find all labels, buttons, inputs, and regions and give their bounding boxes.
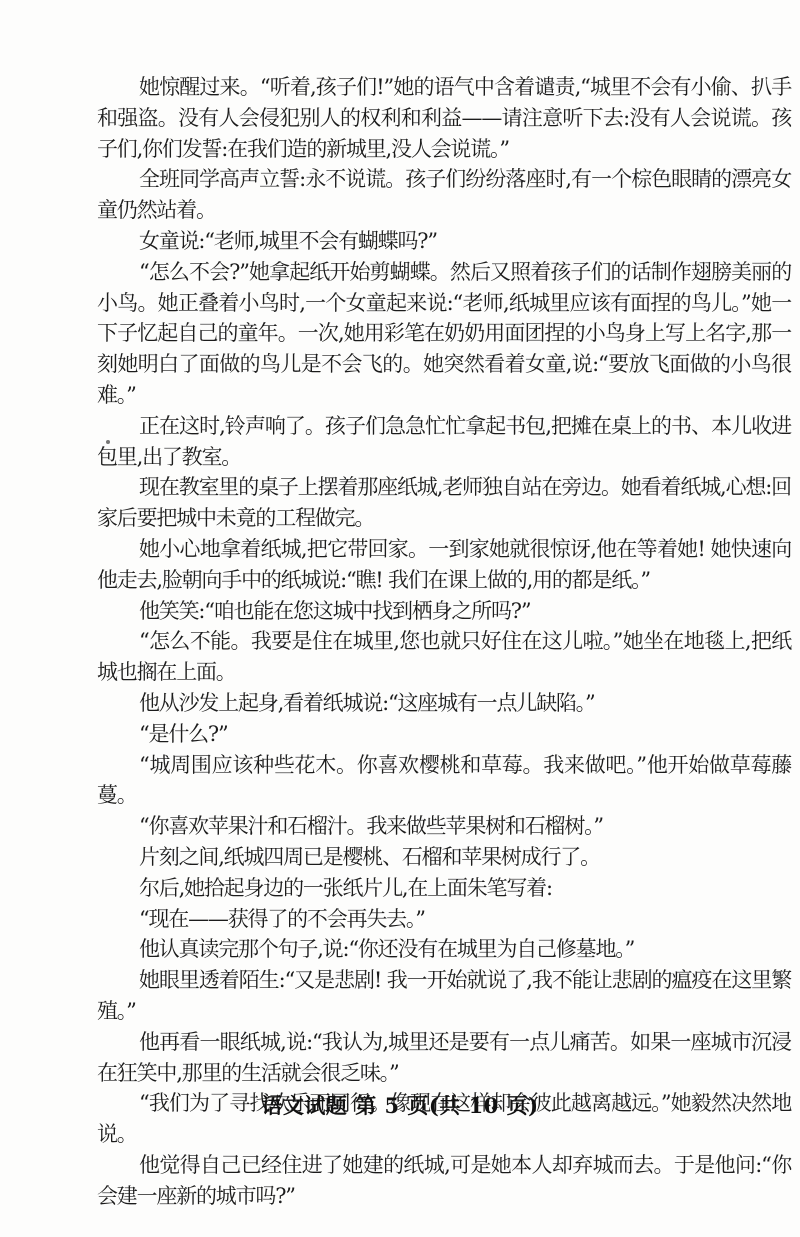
paragraph: “城周围应该种些花木。你喜欢樱桃和草莓。我来做吧。”他开始做草莓藤蔓。 [97,750,791,812]
paragraph: “现在——获得了的不会再失去。” [97,904,791,935]
paragraph: 他认真读完那个句子,说:“你还没有在城里为自己修墓地。” [97,934,791,965]
paragraph: 他觉得自己已经住进了她建的纸城,可是她本人却弃城而去。于是他问:“你会建一座新的… [97,1150,791,1212]
paragraph: 女童说:“老师,城里不会有蝴蝶吗?” [97,226,791,257]
scan-speckle-dot [106,440,110,444]
passage-text-block: 她惊醒过来。“听着,孩子们!”她的语气中含着谴责,“城里不会有小偷、扒手和强盗。… [97,72,791,1211]
paragraph: 她惊醒过来。“听着,孩子们!”她的语气中含着谴责,“城里不会有小偷、扒手和强盗。… [97,72,791,164]
paragraph: 他再看一眼纸城,说:“我认为,城里还是要有一点儿痛苦。如果一座城市沉浸在狂笑中,… [97,1027,791,1089]
paragraph: 尔后,她拾起身边的一张纸片儿,在上面朱笔写着: [97,873,791,904]
paragraph: 片刻之间,纸城四周已是樱桃、石榴和苹果树成行了。 [97,842,791,873]
paragraph: “是什么?” [97,719,791,750]
paragraph: 正在这时,铃声响了。孩子们急急忙忙拿起书包,把摊在桌上的书、本儿收进包里,出了教… [97,411,791,473]
page-footer: 语文试题 第 5 页(共 10 页) [0,1090,800,1120]
paragraph: 他从沙发上起身,看着纸城说:“这座城有一点儿缺陷。” [97,688,791,719]
paragraph: “怎么不能。我要是住在城里,您也就只好住在这儿啦。”她坐在地毯上,把纸城也搁在上… [97,626,791,688]
exam-page: 她惊醒过来。“听着,孩子们!”她的语气中含着谴责,“城里不会有小偷、扒手和强盗。… [0,0,800,1237]
paragraph: 他笑笑:“咱也能在您这城中找到栖身之所吗?” [97,596,791,627]
paragraph: “怎么不会?”她拿起纸开始剪蝴蝶。然后又照着孩子们的话制作翅膀美丽的小鸟。她正叠… [97,257,791,411]
paragraph: “你喜欢苹果汁和石榴汁。我来做些苹果树和石榴树。” [97,811,791,842]
paragraph: 她小心地拿着纸城,把它带回家。一到家她就很惊讶,他在等着她! 她快速向他走去,脸… [97,534,791,596]
paragraph: 她眼里透着陌生:“又是悲剧! 我一开始就说了,我不能让悲剧的瘟疫在这里繁殖。” [97,965,791,1027]
paragraph: 全班同学高声立誓:永不说谎。孩子们纷纷落座时,有一个棕色眼睛的漂亮女童仍然站着。 [97,164,791,226]
paragraph: 现在教室里的桌子上摆着那座纸城,老师独自站在旁边。她看着纸城,心想:回家后要把城… [97,472,791,534]
